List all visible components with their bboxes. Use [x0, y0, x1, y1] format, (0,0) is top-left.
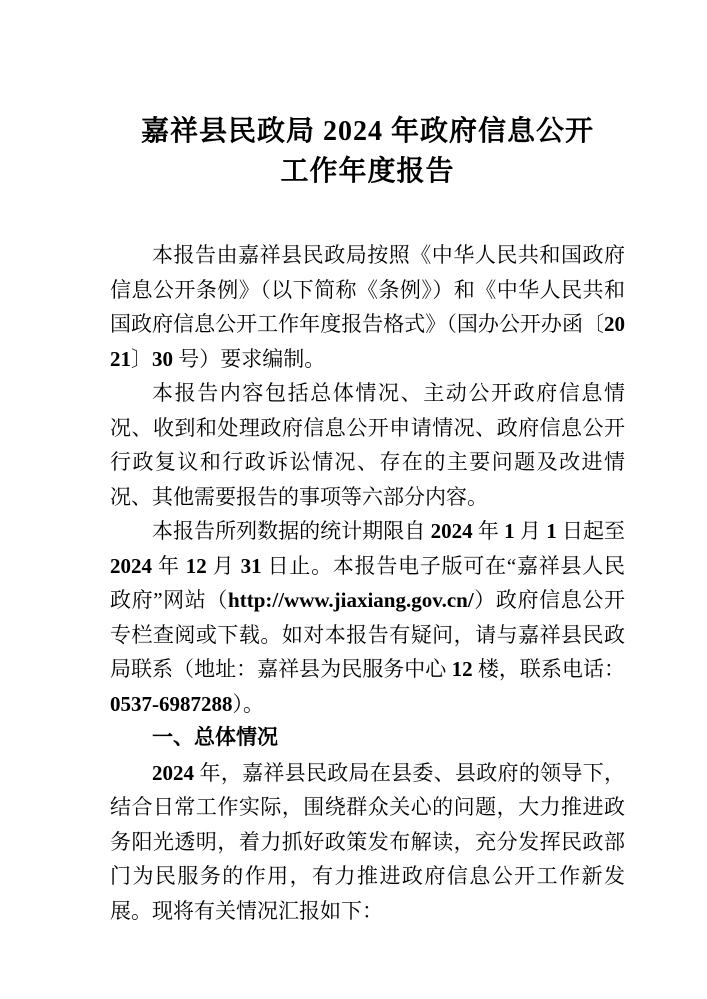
- bold-text-run: 0537-6987288: [110, 692, 233, 716]
- body-paragraph: 本报告由嘉祥县民政局按照《中华人民共和国政府信息公开条例》（以下简称《条例》）和…: [110, 238, 625, 376]
- document-title-line2: 工作年度报告: [280, 156, 454, 187]
- bold-text-run: 2024: [110, 554, 152, 578]
- bold-text-run: 1: [546, 519, 557, 543]
- body-paragraph: 本报告所列数据的统计期限自 2024 年 1 月 1 日起至 2024 年 12…: [110, 514, 625, 721]
- text-run: 一、总体情况: [152, 726, 278, 749]
- body-paragraph: 本报告内容包括总体情况、主动公开政府信息情况、收到和处理政府信息公开申请情况、政…: [110, 376, 625, 514]
- text-run: ）。: [233, 692, 265, 716]
- bold-text-run: 30: [152, 347, 173, 371]
- bold-text-run: http://www.jiaxiang.gov.cn/: [228, 588, 474, 612]
- text-run: 年: [152, 554, 186, 578]
- document-body: 本报告由嘉祥县民政局按照《中华人民共和国政府信息公开条例》（以下简称《条例》）和…: [110, 238, 625, 928]
- text-run: 日起至: [557, 519, 625, 543]
- text-run: 楼，联系电话：: [473, 657, 625, 681]
- bold-text-run: 31: [241, 554, 262, 578]
- text-run: 本报告由嘉祥县民政局按照《中华人民共和国政府信息公开条例》（以下简称《条例》）和…: [110, 243, 625, 336]
- text-run: 年: [473, 519, 505, 543]
- bold-text-run: 1: [504, 519, 515, 543]
- text-run: 月: [515, 519, 547, 543]
- bold-text-run: 12: [452, 657, 473, 681]
- text-run: 本报告内容包括总体情况、主动公开政府信息情况、收到和处理政府信息公开申请情况、政…: [110, 381, 625, 509]
- document-content: 嘉祥县民政局 2024 年政府信息公开 工作年度报告 本报告由嘉祥县民政局按照《…: [0, 0, 707, 928]
- document-title-line1: 嘉祥县民政局 2024 年政府信息公开: [141, 116, 594, 147]
- bold-text-run: 2024: [431, 519, 473, 543]
- text-run: 本报告所列数据的统计期限自: [152, 519, 431, 543]
- text-run: 〕: [131, 347, 152, 371]
- document-title: 嘉祥县民政局 2024 年政府信息公开 工作年度报告: [110, 112, 625, 192]
- body-paragraph: 2024 年，嘉祥县民政局在县委、县政府的领导下，结合日常工作实际，围绕群众关心…: [110, 756, 625, 929]
- text-run: 号）要求编制。: [173, 347, 325, 371]
- bold-text-run: 2024: [152, 761, 194, 785]
- section-heading: 一、总体情况: [110, 721, 625, 756]
- text-run: 月: [207, 554, 241, 578]
- bold-text-run: 12: [186, 554, 207, 578]
- document-page: 嘉祥县民政局 2024 年政府信息公开 工作年度报告 本报告由嘉祥县民政局按照《…: [0, 0, 707, 999]
